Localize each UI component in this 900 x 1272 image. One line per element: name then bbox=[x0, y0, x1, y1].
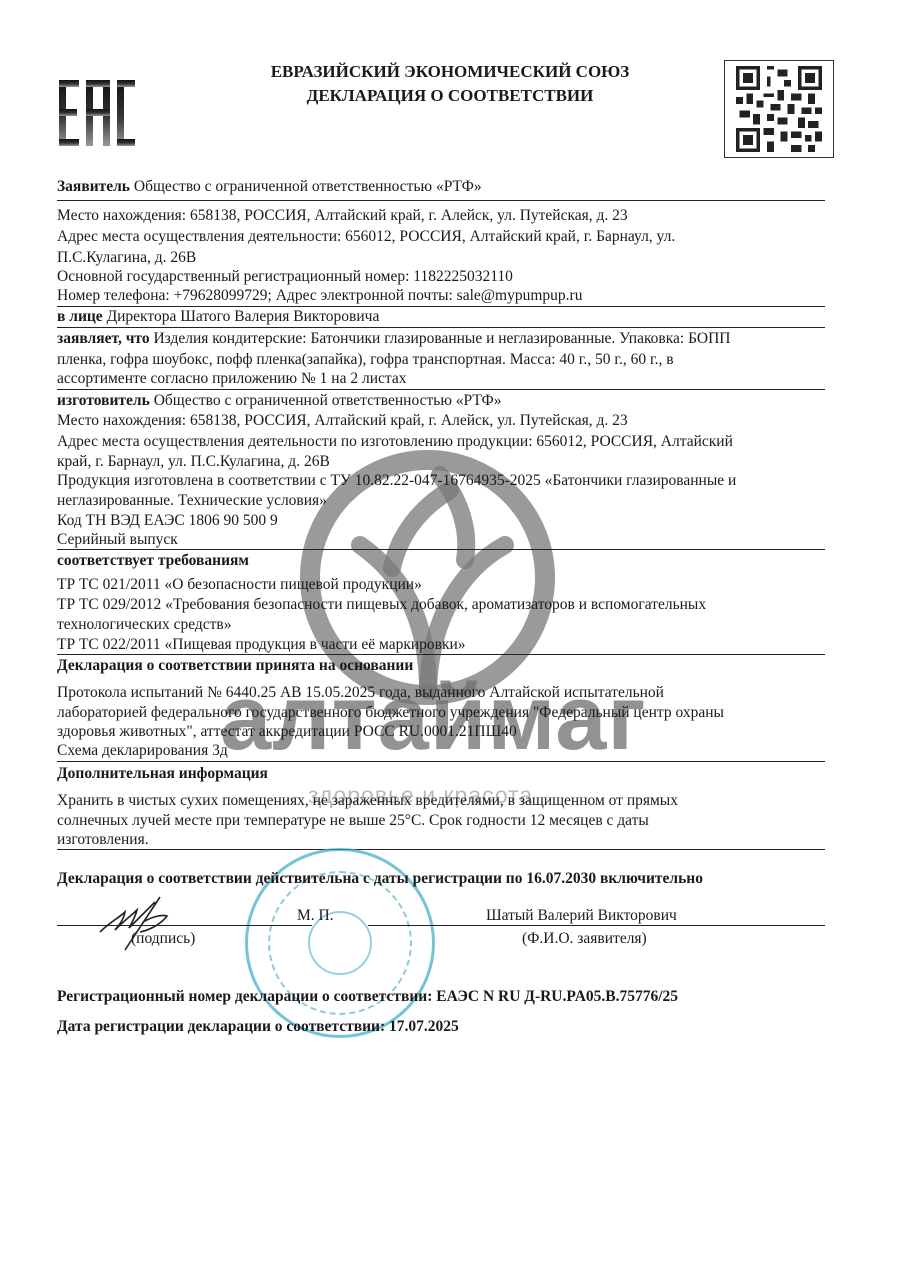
applicant-contacts: Номер телефона: +79628099729; Адрес элек… bbox=[57, 287, 582, 305]
manufacturer-label: изготовитель bbox=[57, 392, 150, 409]
registration-date: Дата регистрации декларации о соответств… bbox=[57, 1018, 459, 1036]
name-caption: (Ф.И.О. заявителя) bbox=[522, 930, 647, 948]
represented-by: Директора Шатого Валерия Викторовича bbox=[107, 308, 380, 325]
test-protocol: Протокола испытаний № 6440.25 АВ 15.05.2… bbox=[57, 684, 664, 702]
release-type: Серийный выпуск bbox=[57, 531, 178, 549]
validity-statement: Декларация о соответствии действительна … bbox=[57, 870, 703, 888]
accreditation: здоровья животных", аттестат аккредитаци… bbox=[57, 723, 517, 741]
applicant-ogrn: Основной государственный регистрационный… bbox=[57, 268, 513, 286]
qr-code[interactable] bbox=[724, 60, 834, 158]
divider bbox=[57, 761, 825, 762]
name-line bbox=[368, 925, 825, 926]
registration-number: Регистрационный номер декларации о соотв… bbox=[57, 988, 678, 1006]
divider bbox=[57, 327, 825, 328]
manufacturer-location: Место нахождения: 658138, РОССИЯ, Алтайс… bbox=[57, 412, 628, 430]
shelf-life: изготовления. bbox=[57, 831, 149, 849]
applicant-row: Заявитель Общество с ограниченной ответс… bbox=[57, 178, 482, 196]
union-title: ЕВРАЗИЙСКИЙ ЭКОНОМИЧЕСКИЙ СОЮЗ bbox=[200, 62, 700, 82]
divider bbox=[57, 654, 825, 655]
represented-label: в лице bbox=[57, 308, 103, 325]
applicant-name: Общество с ограниченной ответственностью… bbox=[134, 178, 482, 195]
document-title: ДЕКЛАРАЦИЯ О СООТВЕТСТВИИ bbox=[200, 86, 700, 106]
declaration-scheme: Схема декларирования 3д bbox=[57, 742, 228, 760]
seal-label: М. П. bbox=[297, 907, 334, 925]
applicant-label: Заявитель bbox=[57, 178, 130, 195]
hs-code: Код ТН ВЭД ЕАЭС 1806 90 500 9 bbox=[57, 512, 278, 530]
divider bbox=[57, 306, 825, 307]
manufacturer-row: изготовитель Общество с ограниченной отв… bbox=[57, 392, 501, 410]
declares-row: заявляет, что Изделия кондитерские: Бато… bbox=[57, 330, 731, 348]
signature-line bbox=[57, 925, 312, 926]
requirement-item-cont: технологических средств» bbox=[57, 616, 231, 634]
requirement-item: ТР ТС 022/2011 «Пищевая продукция в част… bbox=[57, 636, 466, 654]
declares-label: заявляет, что bbox=[57, 330, 150, 347]
requirements-heading: соответствует требованиям bbox=[57, 552, 249, 570]
manufacturer-name: Общество с ограниченной ответственностью… bbox=[154, 392, 502, 409]
product-assortment: ассортименте согласно приложению № 1 на … bbox=[57, 370, 406, 388]
signer-name: Шатый Валерий Викторович bbox=[486, 907, 677, 925]
product-description: Изделия кондитерские: Батончики глазиров… bbox=[153, 330, 730, 347]
test-lab: лабораторией федерального государственно… bbox=[57, 704, 724, 722]
tu-standard-cont: неглазированные. Технические условия» bbox=[57, 492, 327, 510]
additional-heading: Дополнительная информация bbox=[57, 765, 268, 783]
production-address-cont: край, г. Барнаул, ул. П.С.Кулагина, д. 2… bbox=[57, 453, 330, 471]
signature-caption: (подпись) bbox=[131, 930, 195, 948]
divider bbox=[57, 389, 825, 390]
eac-mark-icon bbox=[57, 78, 137, 148]
eac-logo bbox=[57, 78, 137, 148]
applicant-activity-address: Адрес места осуществления деятельности: … bbox=[57, 228, 675, 246]
product-packaging: пленка, гофра шоубокс, пофф пленка(запай… bbox=[57, 351, 674, 369]
represented-row: в лице Директора Шатого Валерия Викторов… bbox=[57, 308, 379, 326]
production-address: Адрес места осуществления деятельности п… bbox=[57, 433, 733, 451]
storage-conditions: Хранить в чистых сухих помещениях, не за… bbox=[57, 792, 678, 810]
applicant-location: Место нахождения: 658138, РОССИЯ, Алтайс… bbox=[57, 207, 628, 225]
requirement-item: ТР ТС 021/2011 «О безопасности пищевой п… bbox=[57, 576, 422, 594]
requirement-item: ТР ТС 029/2012 «Требования безопасности … bbox=[57, 596, 706, 614]
divider bbox=[57, 200, 825, 201]
tu-standard: Продукция изготовлена в соответствии с Т… bbox=[57, 472, 736, 490]
basis-heading: Декларация о соответствии принята на осн… bbox=[57, 657, 413, 675]
storage-conditions-cont: солнечных лучей месте при температуре не… bbox=[57, 812, 649, 830]
divider bbox=[57, 849, 825, 850]
divider bbox=[57, 549, 825, 550]
qr-code-icon bbox=[730, 66, 828, 152]
applicant-activity-address-cont: П.С.Кулагина, д. 26В bbox=[57, 249, 196, 267]
